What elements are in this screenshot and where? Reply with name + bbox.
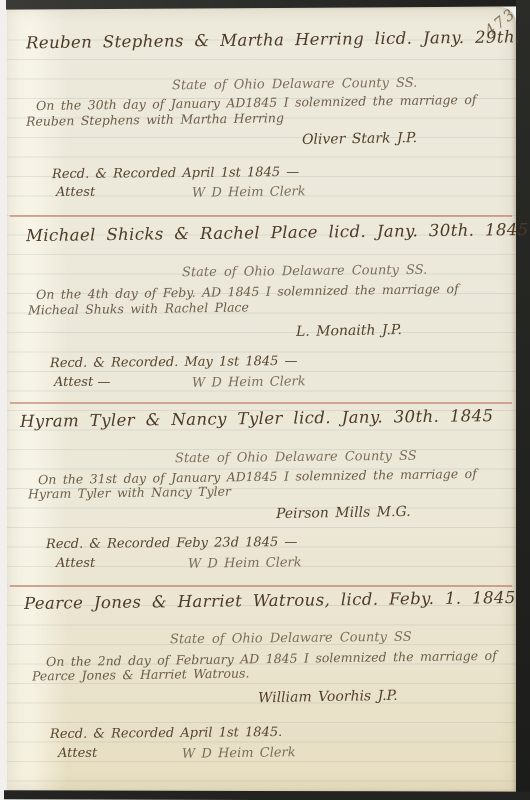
officiant-signature: Oliver Stark J.P.: [302, 130, 417, 148]
scanned-ledger-page: 473 Reuben Stephens & Martha Herring lic…: [0, 0, 530, 800]
clerk-signature: W D Heim Clerk: [192, 374, 306, 391]
clerk-signature: W D Heim Clerk: [192, 184, 306, 201]
certificate-line: Micheal Shuks with Rachel Place: [28, 299, 249, 317]
attest-label: Attest: [56, 185, 95, 200]
divider-line: [10, 585, 512, 587]
divider-line: [10, 215, 512, 217]
divider-line: [10, 402, 512, 404]
officiant-signature: L. Monaith J.P.: [296, 322, 402, 340]
officiant-signature: William Voorhis J.P.: [258, 688, 398, 706]
attest-label: Attest: [58, 746, 97, 761]
book-edge-bottom: [4, 790, 530, 800]
clerk-signature: W D Heim Clerk: [188, 555, 302, 572]
recorded-line: Recd. & Recorded Feby 23d 1845 —: [46, 535, 297, 552]
recorded-line: Recd. & Recorded. May 1st 1845 —: [50, 354, 298, 371]
clerk-signature: W D Heim Clerk: [182, 745, 296, 762]
certificate-line: Pearce Jones & Harriet Watrous.: [32, 665, 250, 683]
recorded-line: Recd. & Recorded April 1st 1845 —: [52, 165, 299, 182]
state-county-line: State of Ohio Delaware County SS.: [172, 76, 417, 94]
state-county-line: State of Ohio Delaware County SS: [170, 630, 412, 648]
state-county-line: State of Ohio Delaware County SS: [175, 449, 417, 467]
attest-label: Attest —: [54, 375, 110, 390]
book-edge-right: [516, 0, 530, 800]
officiant-signature: Peirson Mills M.G.: [276, 504, 411, 522]
certificate-line: Hyram Tyler with Nancy Tyler: [28, 484, 231, 502]
state-county-line: State of Ohio Delaware County SS.: [182, 263, 427, 281]
attest-label: Attest: [56, 556, 95, 571]
recorded-line: Recd. & Recorded April 1st 1845.: [50, 725, 282, 742]
